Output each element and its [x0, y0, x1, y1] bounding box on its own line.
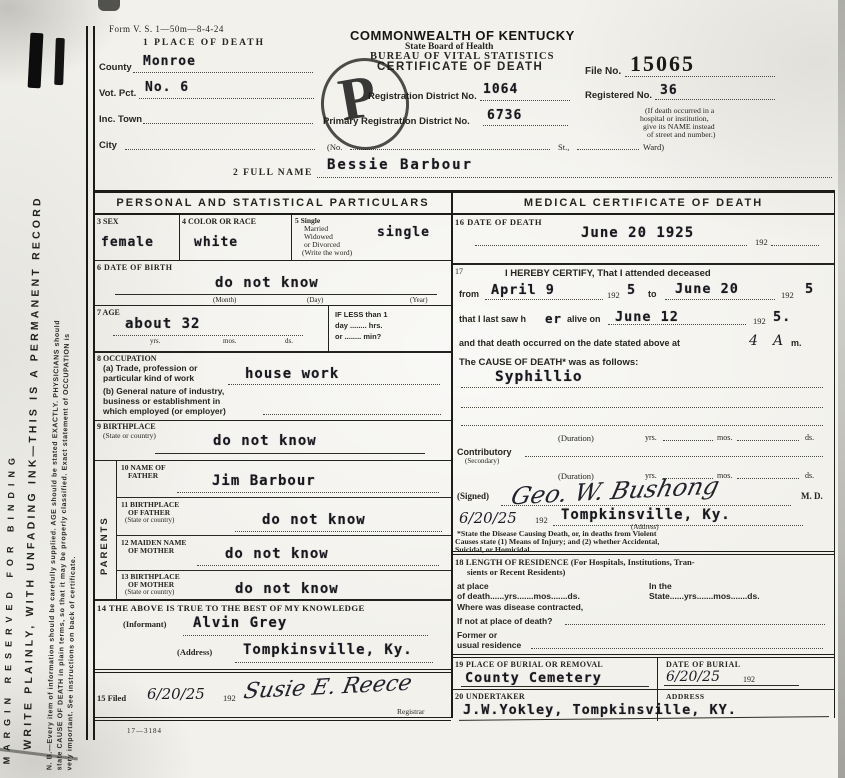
if-less-line-1: IF LESS than 1 [335, 310, 388, 319]
cause-value: Syphillio [495, 369, 583, 385]
parents-label: PARENTS [99, 489, 110, 575]
occupation-b-line-3: which employed (or employer) [103, 406, 226, 416]
occurred-ampm: A [773, 333, 783, 349]
dod-label: 16 DATE OF DEATH [455, 217, 542, 227]
file-no-label: File No. [585, 66, 621, 77]
duration1-ds: ds. [805, 433, 814, 442]
informant-value: Alvin Grey [193, 615, 287, 631]
from-192: 192 [607, 290, 620, 300]
undertaker-row: 20 UNDERTAKER ADDRESS J.W.Yokley, Tompki… [453, 690, 834, 721]
occupation-a-line-1: (a) Trade, profession or [103, 363, 197, 373]
contributory-line [525, 456, 823, 457]
race-cell: 4 COLOR OR RACE white [180, 215, 292, 260]
if-less-line-3: or ........ min? [335, 332, 381, 341]
signed-place-line [553, 525, 803, 526]
occupation-b-line [263, 414, 441, 415]
res-mos-2: mos. [713, 591, 733, 601]
lastsaw-year: 5. [773, 309, 791, 325]
to-line [665, 299, 775, 300]
duration1-dots-2 [737, 440, 799, 441]
state-units: State......yrs.......mos.......ds. [649, 591, 760, 601]
marital-value: single [377, 225, 430, 240]
scanned-death-certificate: { "margin_notes": { "binding": "MARGIN R… [0, 0, 845, 778]
from-label: from [459, 289, 479, 299]
marital-label-5: (Write the word) [302, 248, 352, 257]
informant-section: 14 THE ABOVE IS TRUE TO THE BEST OF MY K… [95, 601, 451, 673]
dob-line [115, 294, 437, 295]
from-line [485, 299, 603, 300]
lastsaw-post: alive on [567, 314, 601, 324]
father-name-line [177, 492, 439, 493]
marital-cell: 5 Single Married Widowed or Divorced (Wr… [292, 215, 451, 260]
to-192: 192 [781, 290, 794, 300]
race-value: white [194, 235, 238, 250]
former-label-1: Former or [457, 630, 497, 640]
fullname-label: 2 FULL NAME [233, 168, 313, 178]
state-label: State [649, 591, 670, 601]
occupation-b-line-2: business or establishment in [103, 396, 220, 406]
certificate-of-death-title: CERTIFICATE OF DEATH [377, 61, 543, 73]
dob-value: do not know [215, 275, 319, 291]
print-code: 17—3184 [127, 727, 162, 735]
undertaker-address-label: ADDRESS [666, 692, 705, 701]
parents-rows: 10 NAME OF FATHER Jim Barbour 11 BIRTHPL… [117, 461, 451, 599]
date-of-death-row: 16 DATE OF DEATH June 20 1925 192 [453, 215, 834, 265]
where-contracted-label: Where was disease contracted, [457, 602, 583, 612]
age-value: about 32 [125, 316, 200, 332]
dob-day-label: (Day) [307, 296, 323, 304]
age-yrs-label: yrs. [150, 337, 160, 345]
burial-date-line [664, 685, 799, 686]
medical-certificate-column: MEDICAL CERTIFICATE OF DEATH 16 DATE OF … [451, 190, 835, 718]
lastsaw-line [608, 324, 746, 325]
cause-line-1 [461, 387, 823, 388]
birthplace-label: 9 BIRTHPLACE [97, 422, 156, 431]
if-less-line-2: day ........ hrs. [335, 321, 383, 330]
burial-place-value: County Cemetery [465, 670, 602, 686]
margin-notes: MARGIN RESERVED FOR BINDING WRITE PLAINL… [0, 0, 97, 778]
to-label: to [648, 289, 657, 299]
burial-date-cell: DATE OF BURIAL 6/20/25 192 [658, 658, 834, 689]
res-yrs-1: yrs. [504, 591, 519, 601]
vot-pct-label: Vot. Pct. [99, 88, 136, 99]
dots-4: ...... [670, 591, 684, 601]
date-of-birth-row: 6 DATE OF BIRTH do not know (Month) (Day… [95, 261, 451, 306]
burial-date-192: 192 [743, 675, 755, 684]
filed-section: 15 Filed 6/20/25 192 Susie E. Reece Regi… [95, 673, 451, 721]
county-line [133, 72, 313, 73]
cause-label: The CAUSE OF DEATH* was as follows: [459, 357, 638, 368]
cause-line-3 [461, 425, 823, 426]
margin-write-plainly-note: WRITE PLAINLY, WITH UNFADING INK—THIS IS… [22, 55, 46, 750]
burial-place-label: 19 PLACE OF BURIAL OR REMOVAL [455, 660, 603, 669]
secondary-label: (Secondary) [465, 457, 499, 465]
age-row: 7 AGE about 32 yrs. mos. ds. IF LESS tha… [95, 306, 451, 353]
mother-name-label-2: OF MOTHER [128, 546, 174, 555]
residence-section: 18 LENGTH OF RESIDENCE (For Hospitals, I… [453, 555, 834, 658]
registrar-label: Registrar [397, 707, 425, 716]
file-no-line [625, 76, 775, 77]
residence-title-2: sients or Recent Residents) [467, 567, 565, 577]
sec14-title: 14 THE ABOVE IS TRUE TO THE BEST OF MY K… [97, 603, 365, 613]
certify-line: I HEREBY CERTIFY, That I attended deceas… [505, 268, 711, 279]
duration1-dots-1 [663, 440, 713, 441]
to-year-value: 5 [805, 281, 814, 297]
inc-town-label: Inc. Town [99, 114, 142, 125]
res-yrs-2: yrs. [684, 591, 699, 601]
res-mos-1: mos. [534, 591, 554, 601]
age-ds-label: ds. [285, 337, 293, 345]
informant-label: (Informant) [123, 619, 166, 629]
dots-5: ...... [699, 591, 713, 601]
registration-district-value: 1064 [483, 82, 518, 97]
lastsaw-er: er [545, 311, 562, 326]
former-line [531, 648, 823, 649]
city-label: City [99, 140, 117, 151]
occurred-hour: 4 [749, 333, 758, 349]
inc-town-line [143, 123, 313, 124]
birthplace-row: 9 BIRTHPLACE (State or country) do not k… [95, 421, 451, 461]
dob-month-label: (Month) [213, 296, 236, 304]
occupation-a-value: house work [245, 366, 339, 382]
mother-bp-value: do not know [235, 581, 339, 597]
burial-place-cell: 19 PLACE OF BURIAL OR REMOVAL County Cem… [453, 658, 658, 689]
cause-line-2 [461, 407, 823, 408]
certificate-header: Form V. S. 1—50m—8-4-24 1 PLACE OF DEATH… [95, 18, 837, 190]
duration1-label: (Duration) [558, 433, 594, 443]
res-ds-1: ds. [568, 591, 580, 601]
burial-section: 19 PLACE OF BURIAL OR REMOVAL County Cem… [453, 658, 834, 721]
duration2-dots-2 [737, 478, 799, 479]
father-bp-label-3: (State or country) [125, 516, 174, 524]
dob-label: 6 DATE OF BIRTH [97, 263, 172, 272]
registrar-signature: Susie E. Reece [242, 671, 414, 705]
father-name-row: 10 NAME OF FATHER Jim Barbour [117, 461, 451, 498]
burial-row: 19 PLACE OF BURIAL OR REMOVAL County Cem… [453, 658, 834, 690]
occupation-b-line-1: (b) General nature of industry, [103, 386, 224, 396]
primary-district-line [483, 125, 568, 126]
stamp-letter-p: P [334, 61, 382, 135]
county-value: Monroe [143, 54, 196, 69]
margin-binding-note: MARGIN RESERVED FOR BINDING [1, 324, 19, 764]
mother-name-value: do not know [225, 546, 329, 562]
dod-line [475, 245, 747, 246]
birthplace-line [155, 453, 425, 454]
dod-value: June 20 1925 [581, 225, 694, 241]
at-place-label: at place [457, 581, 489, 591]
duration1-mos: mos. [717, 433, 732, 442]
of-death-label: of death [457, 591, 490, 601]
occupation-label: 8 OCCUPATION [97, 354, 156, 363]
of-death-units: of death......yrs.......mos.......ds. [457, 591, 580, 601]
registered-no-value: 36 [660, 83, 678, 98]
registered-no-label: Registered No. [585, 90, 652, 101]
father-name-label-2: FATHER [128, 471, 158, 480]
md-label: M. D. [801, 491, 823, 501]
if-not-line [565, 624, 825, 625]
father-birthplace-row: 11 BIRTHPLACE OF FATHER (State or countr… [117, 498, 451, 536]
from-value: April 9 [491, 282, 555, 298]
parents-label-strip: PARENTS [95, 461, 117, 599]
scan-artifact-top-mark [98, 0, 120, 11]
from-year-value: 5 [627, 282, 636, 298]
mother-name-row: 12 MAIDEN NAME OF MOTHER do not know [117, 536, 451, 571]
vot-pct-line [139, 98, 314, 99]
birthplace-sublabel: (State or country) [103, 431, 156, 440]
father-bp-value: do not know [262, 512, 366, 528]
signed-line [501, 505, 791, 506]
father-name-value: Jim Barbour [212, 473, 316, 489]
filed-label: 15 Filed [97, 693, 126, 703]
cause-footnote-3: Suicidal, or Homicidal. [455, 545, 532, 554]
duration1-yrs: yrs. [645, 433, 657, 442]
file-no-value: 15065 [630, 51, 695, 77]
sex-value: female [101, 235, 154, 250]
signed-192: 192 [535, 515, 548, 525]
undertaker-value: J.W.Yokley, Tompkinsville, KY. [463, 702, 737, 718]
dots-2: ...... [519, 591, 533, 601]
sec17-number: 17 [455, 267, 463, 276]
lastsaw-value: June 12 [615, 309, 679, 325]
personal-statistical-column: PERSONAL AND STATISTICAL PARTICULARS 3 S… [95, 190, 451, 718]
burial-place-line [461, 686, 649, 687]
undertaker-label: 20 UNDERTAKER [455, 692, 525, 701]
res-ds-2: ds. [747, 591, 759, 601]
lastsaw-192: 192 [753, 316, 766, 326]
medical-title: MEDICAL CERTIFICATE OF DEATH [453, 193, 834, 215]
no-label: (No. [327, 142, 342, 152]
age-line [113, 335, 303, 336]
residence-title-1: 18 LENGTH OF RESIDENCE (For Hospitals, I… [455, 557, 695, 567]
age-mos-label: mos. [223, 337, 236, 345]
certify-section: 17 I HEREBY CERTIFY, That I attended dec… [453, 265, 834, 555]
dots-1: ...... [490, 591, 504, 601]
informant-address-line [235, 662, 433, 663]
dod-192: 192 [755, 237, 768, 247]
occupation-a-line [228, 384, 440, 385]
occurred-text: and that death occurred on the date stat… [459, 338, 680, 348]
if-not-label: If not at place of death? [457, 616, 552, 626]
dob-year-label: (Year) [410, 296, 428, 304]
personal-title: PERSONAL AND STATISTICAL PARTICULARS [95, 193, 451, 215]
signed-label: (Signed) [457, 491, 489, 501]
mother-name-line [197, 565, 439, 566]
st-label: St., [558, 142, 569, 152]
former-label-2: usual residence [457, 640, 521, 650]
age-label: 7 AGE [97, 308, 120, 317]
informant-address-value: Tompkinsville, Ky. [243, 642, 413, 658]
race-label: 4 COLOR OR RACE [182, 217, 256, 226]
fullname-value: Bessie Barbour [327, 157, 473, 173]
to-value: June 20 [675, 281, 739, 297]
mother-birthplace-row: 13 BIRTHPLACE OF MOTHER (State or countr… [117, 571, 451, 599]
st-line [577, 149, 639, 150]
city-line [125, 149, 315, 150]
informant-address-label: (Address) [177, 647, 212, 657]
hospital-note-line-4: of street and number.) [647, 130, 715, 139]
form-number: Form V. S. 1—50m—8-4-24 [109, 24, 224, 34]
burial-date-label: DATE OF BURIAL [666, 660, 741, 669]
registration-district-line [480, 100, 570, 101]
occurred-m: m. [791, 338, 802, 348]
county-label: County [99, 62, 132, 73]
vot-pct-value: No. 6 [145, 80, 189, 95]
filed-date-value: 6/20/25 [147, 685, 205, 703]
burial-date-value: 6/20/25 [666, 669, 720, 685]
birthplace-value: do not know [213, 433, 317, 449]
duration2-ds: ds. [805, 471, 814, 480]
mother-bp-label-3: (State or country) [125, 588, 174, 596]
dod-192-line [771, 245, 819, 246]
dots-3: ...... [553, 591, 567, 601]
no-line [350, 149, 550, 150]
informant-line [183, 635, 428, 636]
contributory-label: Contributory [457, 447, 512, 457]
ward-label: Ward) [643, 142, 664, 152]
in-the-label: In the [649, 581, 672, 591]
dots-6: ...... [733, 591, 747, 601]
registered-no-line [655, 99, 775, 100]
filed-192: 192 [223, 693, 236, 703]
sex-cell: 3 SEX female [95, 215, 180, 260]
father-bp-line [235, 531, 442, 532]
sex-race-marital-row: 3 SEX female 4 COLOR OR RACE white 5 Sin… [95, 215, 451, 261]
scan-artifact-right-streak [838, 0, 845, 778]
occupation-a-line-2: particular kind of work [103, 373, 194, 383]
sex-label: 3 SEX [97, 217, 119, 226]
if-less-cell: IF LESS than 1 day ........ hrs. or ....… [328, 306, 451, 351]
signed-place: Tompkinsville, Ky. [561, 507, 731, 523]
fullname-line [317, 177, 832, 178]
primary-district-value: 6736 [487, 108, 522, 123]
lastsaw-pre: that I last saw h [459, 314, 526, 324]
parents-block: PARENTS 10 NAME OF FATHER Jim Barbour 11… [95, 461, 451, 601]
section1-place-of-death-label: 1 PLACE OF DEATH [143, 38, 265, 48]
occupation-row: 8 OCCUPATION (a) Trade, profession or pa… [95, 353, 451, 421]
commonwealth-title: COMMONWEALTH OF KENTUCKY [350, 28, 575, 43]
signed-date: 6/20/25 [459, 509, 517, 527]
